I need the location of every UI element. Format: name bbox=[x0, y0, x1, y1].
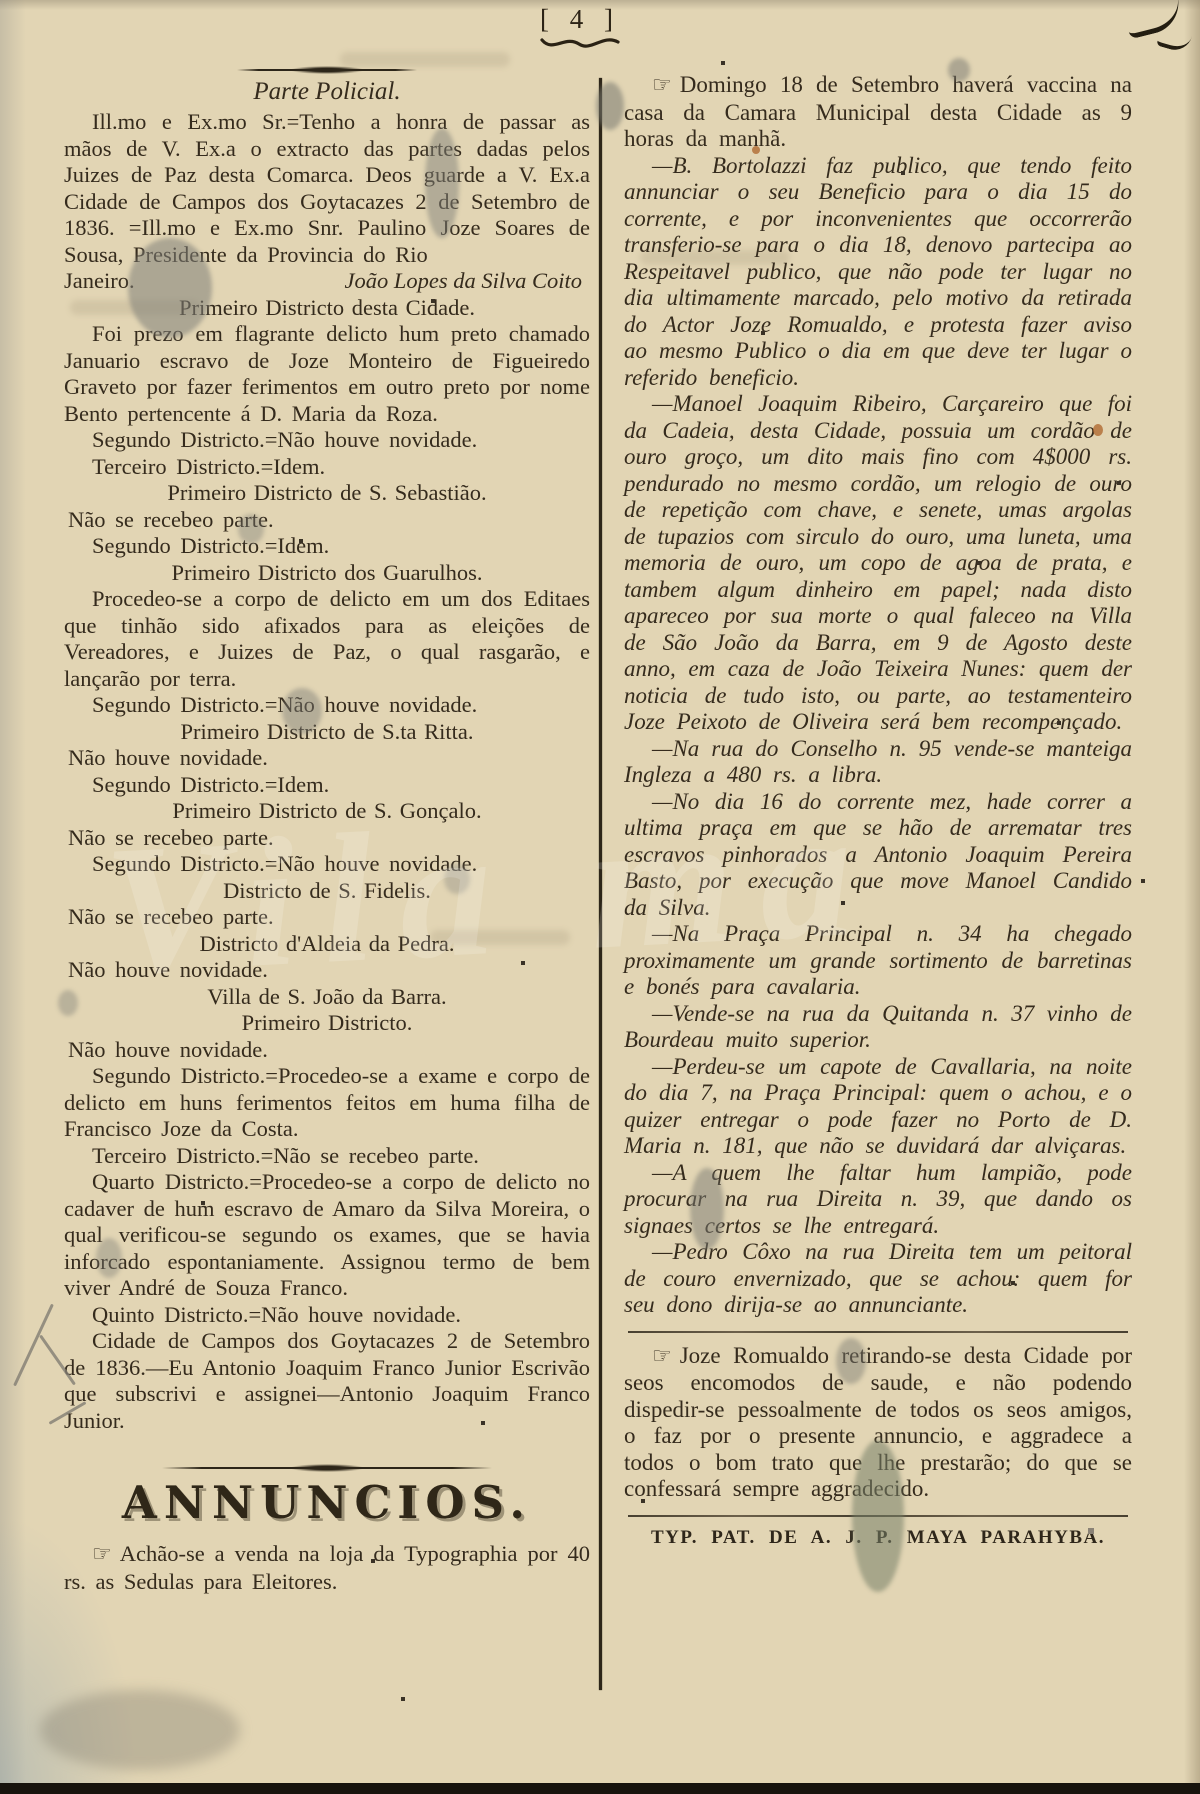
section-title: Parte Policial. bbox=[64, 78, 590, 106]
paragraph: —No dia 16 do corrente mez, hade correr … bbox=[624, 789, 1132, 922]
scan-edge-right bbox=[1184, 0, 1200, 1794]
paragraph: —Pedro Côxo na rua Direita tem um peitor… bbox=[624, 1239, 1132, 1319]
paragraph: Não se recebeo parte. bbox=[64, 904, 590, 931]
newspaper-page: [ 4 ] Parte Policial. Ill.mo e Ex.mo Sr.… bbox=[0, 0, 1200, 1794]
district-heading: Primeiro Districto. bbox=[64, 1010, 590, 1037]
paragraph: Terceiro Districto.=Não se recebeo parte… bbox=[64, 1143, 590, 1170]
annuncios-heading: ANNUNCIOS. bbox=[64, 1476, 590, 1529]
ink-specks bbox=[0, 0, 2, 2]
section-divider-rule bbox=[628, 1331, 1128, 1333]
page-number-text: [ 4 ] bbox=[540, 4, 620, 34]
paragraph: Segundo Districto.=Não houve novidade. bbox=[64, 427, 590, 454]
district-heading: Primeiro Districto de S.ta Ritta. bbox=[64, 719, 590, 746]
district-heading: Districto de S. Fidelis. bbox=[64, 878, 590, 905]
ink-stain bbox=[836, 1338, 866, 1384]
rust-speck bbox=[752, 146, 760, 154]
ink-stain bbox=[40, 1690, 240, 1770]
column-divider bbox=[599, 78, 602, 1690]
announcement-blocks: ☞Domingo 18 de Setembro haverá vaccina n… bbox=[624, 72, 1132, 1517]
district-heading: Primeiro Districto de S. Sebastião. bbox=[64, 480, 590, 507]
annuncios-items: ☞Achão-se a venda na loja da Typographia… bbox=[64, 1541, 590, 1595]
paragraph: ☞Achão-se a venda na loja da Typographia… bbox=[64, 1541, 590, 1595]
scan-edge-bottom bbox=[0, 1783, 1200, 1794]
paragraph: Cidade de Campos dos Goytacazes 2 de Set… bbox=[64, 1328, 590, 1434]
ink-stain bbox=[596, 82, 624, 130]
manicule-icon: ☞ bbox=[652, 73, 680, 98]
paragraph: Segundo Districto.=Procedeo-se a exame e… bbox=[64, 1063, 590, 1143]
ink-stain bbox=[444, 864, 470, 894]
paragraph: Não se recebeo parte. bbox=[64, 507, 590, 534]
paragraph: Não se recebeo parte. bbox=[64, 825, 590, 852]
ink-stain bbox=[852, 1440, 904, 1592]
ink-stain bbox=[425, 128, 459, 238]
district-heading: Districto d'Aldeia da Pedra. bbox=[64, 931, 590, 958]
ink-stain bbox=[58, 990, 78, 1016]
district-heading: Primeiro Districto dos Guarulhos. bbox=[64, 560, 590, 587]
paragraph: Não houve novidade. bbox=[64, 1037, 590, 1064]
paragraph: —Vende-se na rua da Quitanda n. 37 vinho… bbox=[624, 1001, 1132, 1054]
paragraph: —B. Bortolazzi faz publico, que tendo fe… bbox=[624, 153, 1132, 392]
paragraph: Não houve novidade. bbox=[64, 957, 590, 984]
ink-stain bbox=[238, 514, 264, 544]
paragraph: —Na rua do Conselho n. 95 vende-se mante… bbox=[624, 736, 1132, 789]
paragraph: Segundo Districto.=Idem. bbox=[64, 772, 590, 799]
page-number-flourish bbox=[537, 33, 623, 53]
annuncios-rule bbox=[162, 1464, 492, 1472]
paragraph: Segundo Districto.=Não houve novidade. bbox=[64, 692, 590, 719]
paragraph: Segundo Districto.=Idem. bbox=[64, 533, 590, 560]
paragraph: ☞Domingo 18 de Setembro haverá vaccina n… bbox=[624, 72, 1132, 153]
paragraph: Segundo Districto.=Não houve novidade. bbox=[64, 851, 590, 878]
ink-stain bbox=[948, 58, 970, 82]
ink-stain bbox=[128, 238, 212, 338]
paragraph: —Perdeu-se um capote de Cavallaria, na n… bbox=[624, 1054, 1132, 1160]
paragraph: Quinto Districto.=Não houve novidade. bbox=[64, 1302, 590, 1329]
paragraph: —Manoel Joaquim Ribeiro, Carçareiro que … bbox=[624, 391, 1132, 736]
page-number: [ 4 ] bbox=[500, 4, 660, 53]
section-rule bbox=[237, 66, 417, 74]
paragraph: Ill.mo e Ex.mo Sr.=Tenho a honra de pass… bbox=[64, 109, 590, 268]
signature-left: Janeiro. bbox=[64, 268, 135, 295]
paragraph: Não houve novidade. bbox=[64, 745, 590, 772]
right-column: ☞Domingo 18 de Setembro haverá vaccina n… bbox=[624, 60, 1132, 1549]
manicule-icon: ☞ bbox=[92, 1542, 120, 1567]
paragraph: —Na Praça Principal n. 34 ha chegado pro… bbox=[624, 921, 1132, 1001]
rust-speck bbox=[1093, 424, 1103, 436]
ink-stain bbox=[690, 1168, 724, 1250]
ink-stain bbox=[96, 1238, 122, 1278]
ink-stain bbox=[282, 688, 322, 734]
manicule-icon: ☞ bbox=[652, 1344, 680, 1369]
paragraph: Foi prezo em flagrante delicto hum preto… bbox=[64, 321, 590, 427]
paragraph: Terceiro Districto.=Idem. bbox=[64, 454, 590, 481]
paragraph: Procedeo-se a corpo de delicto em um dos… bbox=[64, 586, 590, 692]
district-heading: Villa de S. João da Barra. bbox=[64, 984, 590, 1011]
signature-name: João Lopes da Silva Coito bbox=[345, 268, 583, 295]
paragraph: Quarto Districto.=Procedeo-se a corpo de… bbox=[64, 1169, 590, 1302]
district-heading: Primeiro Districto de S. Gonçalo. bbox=[64, 798, 590, 825]
